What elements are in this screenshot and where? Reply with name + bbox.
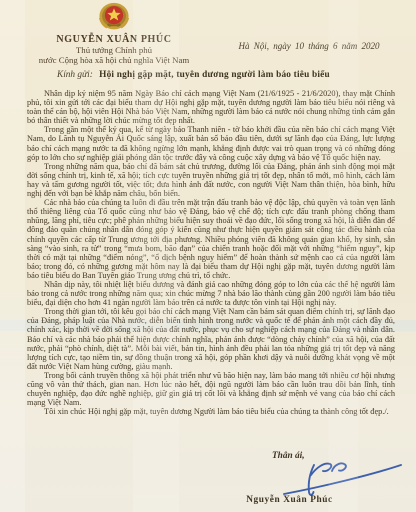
salutation-line: Kính gửi: Hội nghị gặp mặt, tuyên dương … [57, 70, 396, 80]
letter-body: Nhân dịp kỷ niệm 95 năm Ngày Báo chí các… [27, 89, 395, 416]
sender-name: NGUYỄN XUÂN PHÚC [8, 34, 220, 45]
sender-block: NGUYỄN XUÂN PHÚC Thủ tướng Chính phủ nướ… [8, 2, 220, 65]
signature-icon [276, 458, 406, 498]
paragraph-8: Tôi xin chúc Hội nghị gặp mặt, tuyên dươ… [27, 407, 395, 416]
paragraph-2: Trong gần một thế kỷ qua, kể từ ngày báo… [27, 125, 395, 161]
dateline: Hà Nội, ngày 10 tháng 6 năm 2020 [214, 41, 404, 51]
sender-country: nước Cộng hòa xã hội chủ nghĩa Việt Nam [8, 55, 220, 65]
paragraph-5: Nhân dịp này, tôi nhiệt liệt biểu dương … [27, 280, 395, 307]
salutation-label: Kính gửi: [57, 70, 93, 80]
paragraph-3: Trong những năm qua, báo chí đã bám sát … [27, 162, 395, 198]
letter-page: NGUYỄN XUÂN PHÚC Thủ tướng Chính phủ nướ… [0, 0, 416, 512]
sender-title: Thủ tướng Chính phủ [8, 45, 220, 55]
paragraph-6: Trong thời gian tới, tôi kêu gọi báo chí… [27, 307, 395, 371]
paragraph-7: Trong bối cảnh truyền thông xã hội phát … [27, 371, 395, 407]
salutation-recipient: Hội nghị gặp mặt, tuyên dương người làm … [99, 70, 330, 80]
paragraph-1: Nhân dịp kỷ niệm 95 năm Ngày Báo chí các… [27, 89, 395, 125]
national-emblem-icon [91, 2, 137, 32]
paragraph-4: Các nhà báo của chúng ta luôn đi đầu trê… [27, 198, 395, 280]
signer-name: Nguyễn Xuân Phúc [227, 495, 352, 505]
